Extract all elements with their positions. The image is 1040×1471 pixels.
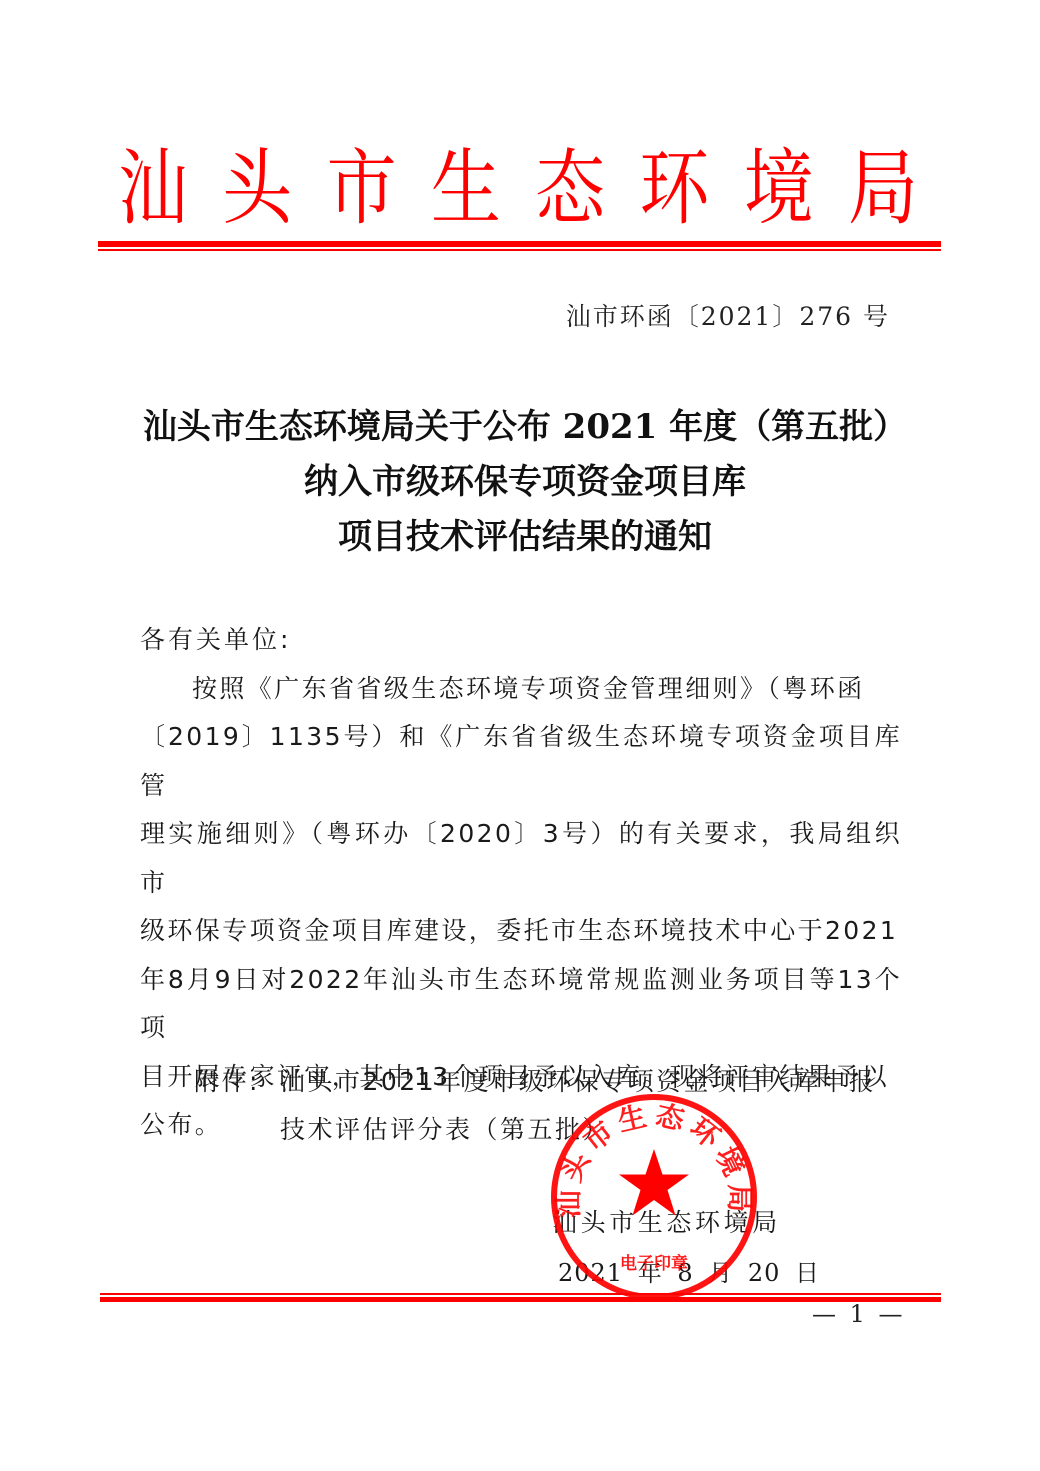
body-line: 年8月9日对2022年汕头市生态环境常规监测业务项目等13个项 — [140, 956, 902, 1053]
document-title: 汕头市生态环境局关于公布 2021 年度（第五批） 纳入市级环保专项资金项目库 … — [100, 400, 950, 565]
masthead-char: 环 — [639, 131, 709, 244]
masthead-char: 市 — [327, 131, 397, 244]
masthead-char: 头 — [222, 131, 292, 244]
attachment-label: 附件: — [194, 1058, 280, 1106]
masthead-char: 汕 — [118, 131, 188, 244]
signature-date: 2021 年 8 月 20 日 — [558, 1253, 820, 1288]
header-rule-thick — [98, 241, 941, 247]
body-line: 〔2019〕1135号）和《广东省省级生态环境专项资金项目库管 — [140, 713, 902, 810]
masthead-char: 境 — [744, 131, 814, 244]
attachment-line: 技术评估评分表（第五批） — [280, 1106, 880, 1154]
attachment-section: 附件: 汕头市2021年度市级环保专项资金项目入库申报 技术评估评分表（第五批） — [194, 1058, 880, 1154]
masthead-char: 局 — [848, 131, 918, 244]
page-number: — 1 — — [812, 1300, 903, 1328]
title-line: 纳入市级环保专项资金项目库 — [100, 455, 950, 510]
body-line: 理实施细则》（粤环办〔2020〕3号）的有关要求，我局组织市 — [140, 810, 902, 907]
masthead-char: 态 — [535, 131, 605, 244]
footer-rule-thin — [100, 1293, 941, 1295]
header-rule-thin — [98, 249, 941, 251]
masthead-title: 汕 头 市 生 态 环 境 局 — [118, 140, 918, 236]
body-line: 级环保专项资金项目库建设，委托市生态环境技术中心于2021 — [140, 907, 902, 956]
masthead-char: 生 — [431, 131, 501, 244]
body-line: 按照《广东省省级生态环境专项资金管理细则》（粤环函 — [140, 665, 902, 714]
salutation: 各有关单位: — [140, 616, 902, 665]
title-line: 汕头市生态环境局关于公布 2021 年度（第五批） — [100, 400, 950, 455]
signature-organization: 汕头市生态环境局 — [552, 1203, 781, 1239]
attachment-line: 汕头市2021年度市级环保专项资金项目入库申报 — [280, 1058, 880, 1106]
document-number: 汕市环函〔2021〕276 号 — [566, 297, 890, 333]
title-line: 项目技术评估结果的通知 — [100, 510, 950, 565]
